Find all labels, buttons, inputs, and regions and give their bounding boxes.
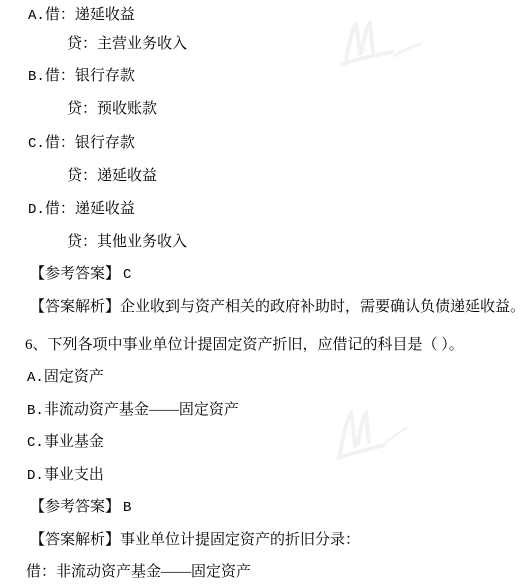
q6-option-a-line: A.固定资产 <box>27 369 104 386</box>
q5-option-d-debit: 借：递延收益 <box>45 201 135 217</box>
q6-option-d-key: D. <box>27 468 44 484</box>
q5-answer-value: C <box>123 267 131 283</box>
q5-analysis-text: 企业收到与资产相关的政府补助时，需要确认负债递延收益。 <box>120 299 521 315</box>
q6-stem: 下列各项中事业单位计提固定资产折旧，应借记的科目是（ ）。 <box>48 337 464 353</box>
q5-option-d-key: D. <box>28 202 45 218</box>
q5-option-b-key: B. <box>28 69 45 85</box>
q5-option-d-credit: 贷：其他业务收入 <box>67 234 187 250</box>
document-page: A.借：递延收益 贷：主营业务收入 B.借：银行存款 贷：预收账款 C.借：银行… <box>0 0 521 585</box>
q5-option-a-credit: 贷：主营业务收入 <box>67 36 187 52</box>
q5-answer-line: 【参考答案】C <box>30 266 131 283</box>
q5-option-d-debit-line: D.借：递延收益 <box>28 201 135 218</box>
q6-option-c-text: 事业基金 <box>44 434 104 450</box>
q5-analysis-label: 【答案解析】 <box>30 299 120 315</box>
q6-option-a-key: A. <box>27 370 44 386</box>
q5-option-a-key: A. <box>28 8 45 24</box>
q5-option-c-debit-line: C.借：银行存款 <box>28 135 135 152</box>
q6-option-c-line: C.事业基金 <box>27 434 104 451</box>
q5-option-b-debit-line: B.借：银行存款 <box>28 68 135 85</box>
q6-stem-line: 6、下列各项中事业单位计提固定资产折旧，应借记的科目是（ ）。 <box>25 337 464 353</box>
watermark-smudge-top <box>332 14 432 74</box>
q6-option-a-text: 固定资产 <box>44 369 104 385</box>
q5-option-c-credit: 贷：递延收益 <box>67 168 157 184</box>
q6-number: 6、 <box>25 337 48 353</box>
q6-analysis-text: 事业单位计提固定资产的折旧分录： <box>120 532 360 548</box>
q6-option-d-line: D.事业支出 <box>27 467 104 484</box>
q6-option-b-key: B. <box>27 403 44 419</box>
q5-option-a-debit-line: A.借：递延收益 <box>28 7 135 24</box>
q6-analysis-line: 【答案解析】事业单位计提固定资产的折旧分录： <box>30 532 360 548</box>
q6-answer-label: 【参考答案】 <box>30 499 120 515</box>
q6-option-b-text: 非流动资产基金——固定资产 <box>44 402 239 418</box>
q6-option-d-text: 事业支出 <box>44 467 104 483</box>
q5-option-a-debit: 借：递延收益 <box>45 7 135 23</box>
q6-journal-debit: 借：非流动资产基金——固定资产 <box>26 564 251 580</box>
q6-answer-line: 【参考答案】B <box>30 499 131 516</box>
watermark-smudge-middle <box>328 402 428 467</box>
q5-answer-label: 【参考答案】 <box>30 266 120 282</box>
q6-answer-value: B <box>123 500 131 516</box>
q5-option-b-debit: 借：银行存款 <box>45 68 135 84</box>
q5-analysis-line: 【答案解析】企业收到与资产相关的政府补助时，需要确认负债递延收益。 <box>30 299 521 315</box>
q6-analysis-label: 【答案解析】 <box>30 532 120 548</box>
q5-option-c-debit: 借：银行存款 <box>45 135 135 151</box>
q6-option-c-key: C. <box>27 435 44 451</box>
q5-option-c-key: C. <box>28 136 45 152</box>
q6-option-b-line: B.非流动资产基金——固定资产 <box>27 402 239 419</box>
q5-option-b-credit: 贷：预收账款 <box>67 101 157 117</box>
